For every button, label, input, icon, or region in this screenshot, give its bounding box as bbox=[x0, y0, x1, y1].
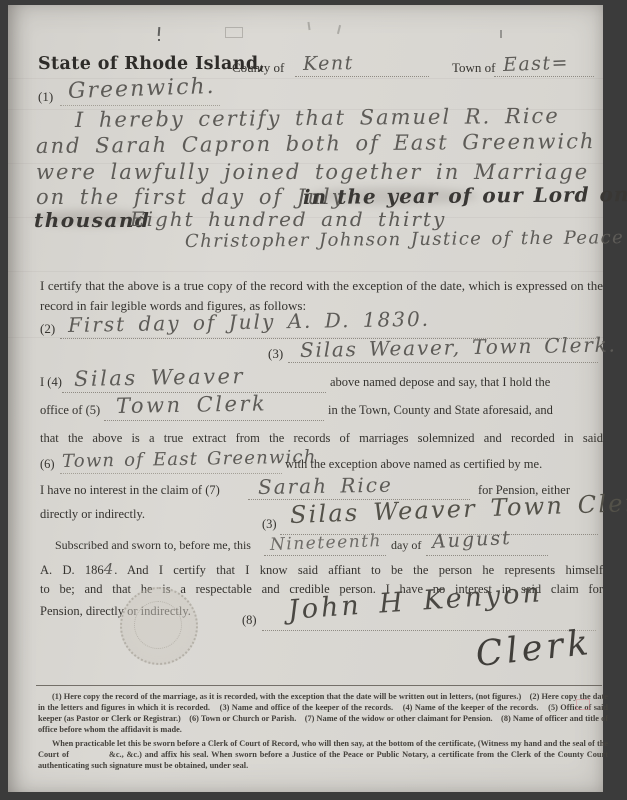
ref6-label: (6) bbox=[40, 457, 55, 472]
record-line4b-handwritten-dark: in the year of our Lord one bbox=[303, 182, 627, 209]
ref6-text: with the exception above named as certif… bbox=[285, 457, 542, 472]
officiant-signature-handwritten: Christopher Johnson Justice of the Peace bbox=[185, 227, 624, 252]
record-line3-handwritten: were lawfully joined together in Marriag… bbox=[36, 160, 589, 184]
embossed-seal-inner-ring bbox=[134, 601, 182, 649]
footnote-paragraph-2: When practicable let this be sworn befor… bbox=[38, 738, 608, 771]
i4-label: I (4) bbox=[40, 375, 62, 390]
record-line5b-handwritten: Eight hundred and thirty bbox=[130, 207, 446, 231]
stray-ink-mark bbox=[158, 27, 161, 36]
footnote-paragraph-1: (1) Here copy the record of the marriage… bbox=[38, 691, 608, 735]
month-field-line bbox=[426, 555, 548, 556]
i4-text: above named depose and say, that I hold … bbox=[330, 375, 550, 390]
pink-box-mark bbox=[576, 699, 590, 710]
town-value-handwritten: East= bbox=[503, 52, 570, 76]
ref2-label: (2) bbox=[40, 321, 55, 337]
faint-mark bbox=[307, 22, 310, 30]
scan-streak bbox=[8, 271, 603, 272]
claim-cont: directly or indirectly. bbox=[40, 507, 145, 522]
footnotes-block: (1) Here copy the record of the marriage… bbox=[38, 691, 608, 774]
ad-label: A. D. 186 bbox=[40, 563, 104, 577]
jurat-line1b: day of bbox=[391, 538, 421, 553]
record-line1-handwritten: I hereby certify that Samuel R. Rice bbox=[75, 104, 560, 132]
record-line4a-handwritten: on the first day of July bbox=[36, 185, 345, 209]
claim-text: I have no interest in the claim of (7) bbox=[40, 483, 220, 498]
ref2-value-handwritten: First day of July A. D. 1830. bbox=[68, 307, 430, 337]
year-digit-handwritten: 4 bbox=[104, 560, 115, 578]
faint-box-mark bbox=[225, 27, 243, 38]
document-paper: State of Rhode Island, County of Kent To… bbox=[8, 5, 603, 792]
day-field-line bbox=[264, 555, 386, 556]
town-label: Town of bbox=[452, 60, 496, 76]
ref1-field-line bbox=[60, 105, 220, 106]
ref3-value-handwritten: Silas Weaver, Town Clerk. bbox=[300, 332, 617, 362]
office-label: office of (5) bbox=[40, 403, 100, 418]
ref3-label: (3) bbox=[268, 346, 283, 362]
town-field-line bbox=[494, 76, 594, 77]
office-text: in the Town, County and State aforesaid,… bbox=[328, 403, 553, 418]
faint-mark bbox=[337, 25, 341, 34]
county-field-line bbox=[295, 76, 429, 77]
claim-value-handwritten: Sarah Rice bbox=[258, 473, 393, 499]
county-value-handwritten: Kent bbox=[303, 52, 354, 75]
ref1-value-handwritten: Greenwich. bbox=[68, 74, 216, 104]
ref8-label: (8) bbox=[242, 613, 257, 628]
ref3-field-line bbox=[288, 362, 598, 363]
jurat-line2: A. D. 1864. And I certify that I know sa… bbox=[40, 560, 603, 578]
extract-text: that the above is a true extract from th… bbox=[40, 431, 603, 446]
month-value-handwritten: August bbox=[431, 527, 512, 553]
footnote-rule bbox=[36, 685, 602, 686]
ref6-field-line bbox=[60, 473, 282, 474]
stray-ink-dot bbox=[158, 39, 160, 41]
county-label: County of bbox=[232, 60, 284, 76]
ref3b-label: (3) bbox=[262, 517, 277, 532]
office-value-handwritten: Town Clerk bbox=[116, 391, 268, 418]
ref8-field-line bbox=[262, 630, 478, 631]
jurat-line2-text: . And I certify that I know said affiant… bbox=[114, 563, 603, 577]
record-line2-handwritten: and Sarah Capron both of East Greenwich bbox=[36, 129, 596, 158]
ref6-value-handwritten: Town of East Greenwich bbox=[62, 447, 317, 472]
ref1-label: (1) bbox=[38, 89, 53, 105]
jurat-line1a: Subscribed and sworn to, before me, this bbox=[55, 538, 251, 553]
state-title: State of Rhode Island, bbox=[38, 54, 265, 74]
day-value-handwritten: Nineteenth bbox=[270, 531, 383, 555]
i4-value-handwritten: Silas Weaver bbox=[74, 364, 245, 391]
stray-ink-mark bbox=[500, 30, 502, 38]
office-field-line bbox=[104, 420, 324, 421]
